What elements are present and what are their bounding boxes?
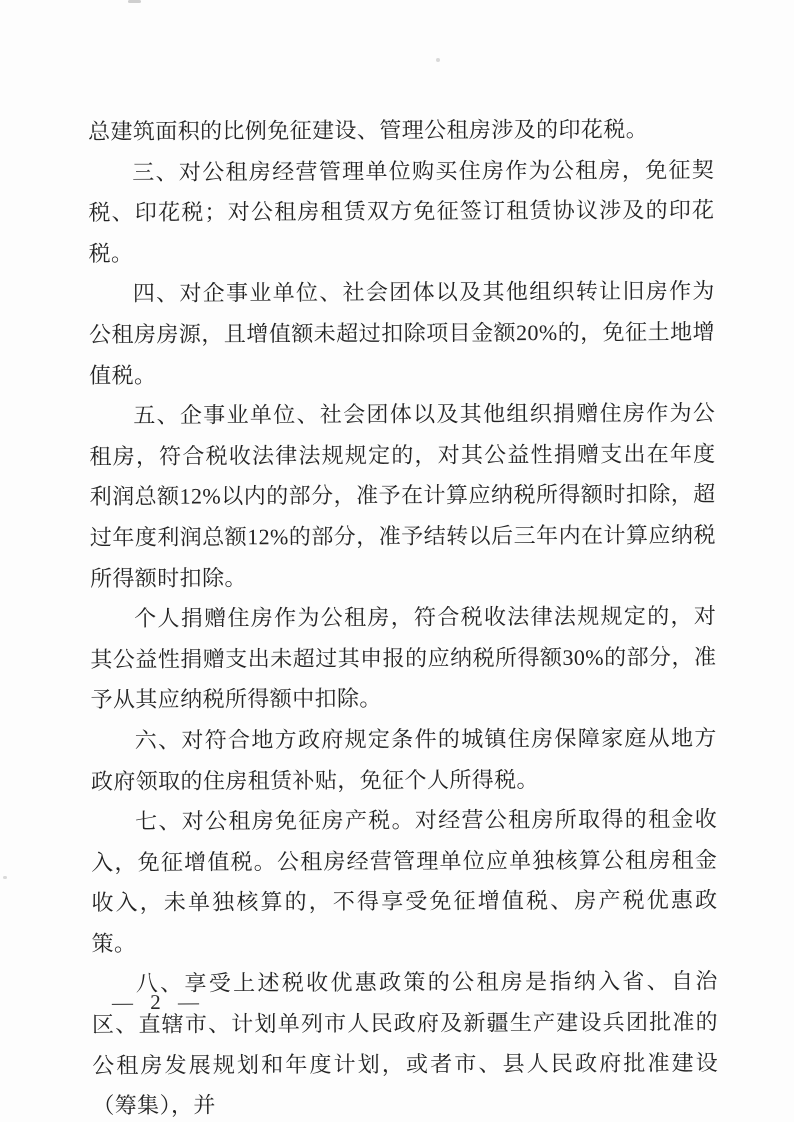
scan-speck [3, 876, 7, 879]
paragraph-item-7: 七、对公租房免征房产税。对经营公租房所取得的租金收入，免征增值税。公租房经营管理… [91, 799, 718, 964]
document-page: 总建筑面积的比例免征建设、管理公租房涉及的印花税。 三、对公租房经营管理单位购买… [0, 0, 794, 1122]
paragraph-item-6: 六、对符合地方政府规定条件的城镇住房保障家庭从地方政府领取的住房租赁补贴，免征个… [91, 718, 717, 802]
scan-speck [436, 58, 440, 62]
document-body: 总建筑面积的比例免征建设、管理公租房涉及的印花税。 三、对公租房经营管理单位购买… [88, 109, 718, 1122]
paragraph-item-5: 五、企事业单位、社会团体以及其他组织捐赠住房作为公租房，符合税收法律法规规定的，… [89, 393, 716, 599]
paragraph-continuation: 总建筑面积的比例免征建设、管理公租房涉及的印花税。 [88, 109, 714, 152]
paragraph-item-5b: 个人捐赠住房作为公租房，符合税收法律法规规定的，对其公益性捐赠支出未超过其申报的… [90, 596, 717, 721]
paragraph-item-4: 四、对企事业单位、社会团体以及其他组织转让旧房作为公租房房源，且增值额未超过扣除… [89, 272, 716, 397]
paragraph-item-3: 三、对公租房经营管理单位购买住房作为公租房，免征契税、印花税；对公租房租赁双方免… [88, 150, 715, 275]
page-number: — 2 — [112, 990, 200, 1015]
scan-speck [128, 0, 141, 3]
paragraph-item-8: 八、享受上述税收优惠政策的公租房是指纳入省、自治区、直辖市、计划单列市人民政府及… [92, 962, 719, 1122]
